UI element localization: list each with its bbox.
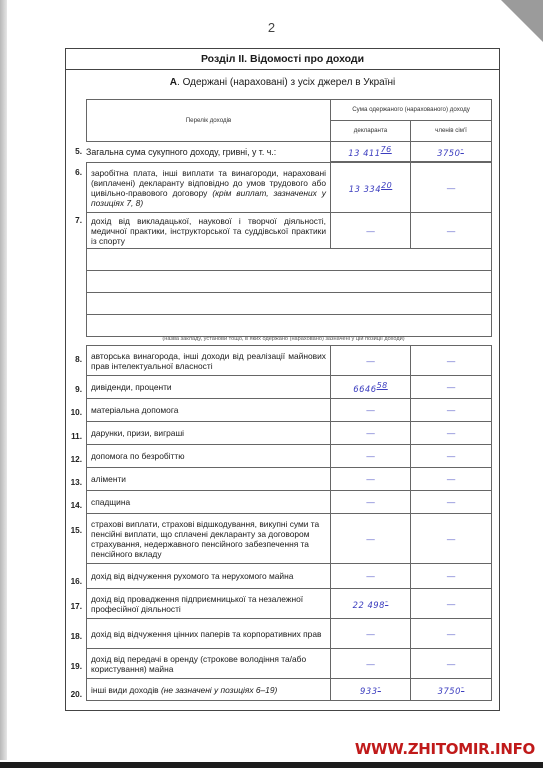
total-income-row: Загальна сума сукупного доходу, гривні, … <box>86 141 492 162</box>
row-number: 9. <box>64 385 82 394</box>
amount: 13 411 <box>348 148 380 158</box>
institution-blank-line <box>87 249 492 271</box>
row-label: дарунки, призи, виграші <box>87 422 331 445</box>
table-row: інші види доходів (не зазначені у позиці… <box>87 679 492 701</box>
row-label: інші види доходів (не зазначені у позиці… <box>87 679 331 701</box>
header-income-list: Перелік доходів <box>87 100 331 142</box>
row-label: дохід від відчуження цінних паперів та к… <box>87 619 331 649</box>
declarant-value: — <box>331 445 411 468</box>
scan-edge-shadow <box>0 0 7 760</box>
row-label: авторська винагорода, інші доходи від ре… <box>87 346 331 376</box>
cents: 58 <box>377 381 388 390</box>
declarant-value: 933- <box>331 679 411 701</box>
row-label: дохід від відчуження рухомого та нерухом… <box>87 564 331 589</box>
family-value: — <box>411 619 492 649</box>
row-label: матеріальна допомога <box>87 399 331 422</box>
row-label: дохід від провадження підприємницької та… <box>87 589 331 619</box>
row-number: 10. <box>64 408 82 417</box>
row-number: 20. <box>64 690 82 699</box>
header-declarant: декларанта <box>331 121 411 142</box>
cents: - <box>385 597 388 606</box>
declarant-value: — <box>331 619 411 649</box>
row-number: 17. <box>64 602 82 611</box>
cents: 20 <box>381 181 392 190</box>
cents: - <box>461 683 464 692</box>
declarant-value: 13 33420 <box>331 163 411 213</box>
cents: - <box>378 683 381 692</box>
income-table-part1: заробітна плата, інші виплати та винагор… <box>86 162 492 337</box>
section-title: Розділ II. Відомості про доходи <box>66 49 499 70</box>
row-number: 5. <box>64 147 82 156</box>
cents: - <box>460 145 463 154</box>
family-value: — <box>411 399 492 422</box>
table-row: аліменти — — <box>87 468 492 491</box>
declarant-value: — <box>331 491 411 514</box>
label-text: інші види доходів <box>91 685 159 695</box>
header-amount: Сума одержаного (нарахованого) доходу <box>331 100 492 121</box>
declarant-value: — <box>331 564 411 589</box>
amount: 3750 <box>437 148 460 158</box>
row-number: 18. <box>64 632 82 641</box>
cents: 76 <box>381 145 392 154</box>
declarant-value: — <box>331 514 411 564</box>
amount: 933 <box>360 686 378 696</box>
total-income-label: Загальна сума сукупного доходу, гривні, … <box>86 142 330 162</box>
declarant-value: — <box>331 649 411 679</box>
family-value: — <box>411 564 492 589</box>
scan-bottom-edge <box>0 762 543 768</box>
row-label: аліменти <box>87 468 331 491</box>
family-value: — <box>411 422 492 445</box>
page-number: 2 <box>0 20 543 35</box>
table-row: дохід від відчуження рухомого та нерухом… <box>87 564 492 589</box>
subsection-letter: А <box>170 77 177 88</box>
declarant-value: — <box>331 468 411 491</box>
table-row: дохід від провадження підприємницької та… <box>87 589 492 619</box>
row-label: допомога по безробіттю <box>87 445 331 468</box>
total-declarant-value: 13 41176 <box>330 142 410 162</box>
row-label: дохід від передачі в оренду (строкове во… <box>87 649 331 679</box>
family-value: — <box>411 468 492 491</box>
row-label: спадщина <box>87 491 331 514</box>
row-number: 8. <box>64 355 82 364</box>
amount: 3750 <box>438 686 461 696</box>
family-value: — <box>411 445 492 468</box>
table-row: дохід від викладацької, наукової і творч… <box>87 213 492 249</box>
table-row: дарунки, призи, виграші — — <box>87 422 492 445</box>
row-number: 12. <box>64 455 82 464</box>
declarant-value: — <box>331 213 411 249</box>
institution-caption: (назва закладу, установи тощо, в яких од… <box>66 336 501 342</box>
income-table-part2: авторська винагорода, інші доходи від ре… <box>86 345 492 701</box>
row-number: 11. <box>64 432 82 441</box>
family-value: — <box>411 376 492 399</box>
declarant-value: — <box>331 399 411 422</box>
subsection-text: . Одержані (нараховані) з усіх джерел в … <box>177 77 395 88</box>
table-row: страхові виплати, страхові відшкодування… <box>87 514 492 564</box>
row-number: 14. <box>64 501 82 510</box>
declarant-value: — <box>331 346 411 376</box>
family-value: — <box>411 346 492 376</box>
subsection-title: А. Одержані (нараховані) з усіх джерел в… <box>66 70 499 96</box>
family-value: — <box>411 491 492 514</box>
table-row: авторська винагорода, інші доходи від ре… <box>87 346 492 376</box>
row-number: 6. <box>64 168 82 177</box>
site-watermark: WWW.ZHITOMIR.INFO <box>355 740 535 758</box>
family-value: — <box>411 589 492 619</box>
family-value: — <box>411 649 492 679</box>
table-row: дивіденди, проценти 664658 — <box>87 376 492 399</box>
institution-blank-line <box>87 293 492 315</box>
label-note: (не зазначені у позиціях 6–19) <box>161 685 277 695</box>
row-number: 15. <box>64 526 82 535</box>
declarant-value: — <box>331 422 411 445</box>
row-number: 7. <box>64 216 82 225</box>
row-number: 13. <box>64 478 82 487</box>
total-family-value: 3750- <box>410 142 491 162</box>
family-value: — <box>411 514 492 564</box>
row-label: дивіденди, проценти <box>87 376 331 399</box>
table-row: спадщина — — <box>87 491 492 514</box>
income-section-frame: Розділ II. Відомості про доходи А. Одерж… <box>65 48 500 711</box>
row-label: заробітна плата, інші виплати та винагор… <box>87 163 331 213</box>
amount: 22 498 <box>353 600 385 610</box>
table-row: заробітна плата, інші виплати та винагор… <box>87 163 492 213</box>
header-family: членів сім'ї <box>411 121 492 142</box>
row-number: 19. <box>64 662 82 671</box>
row-label: дохід від викладацької, наукової і творч… <box>87 213 331 249</box>
amount: 13 334 <box>349 184 381 194</box>
declarant-value: 664658 <box>331 376 411 399</box>
table-row: дохід від передачі в оренду (строкове во… <box>87 649 492 679</box>
declarant-value: 22 498- <box>331 589 411 619</box>
table-row: матеріальна допомога — — <box>87 399 492 422</box>
row-label: страхові виплати, страхові відшкодування… <box>87 514 331 564</box>
family-value: — <box>411 213 492 249</box>
table-row: дохід від відчуження цінних паперів та к… <box>87 619 492 649</box>
amount: 6646 <box>353 383 376 393</box>
row-number: 16. <box>64 577 82 586</box>
family-value: — <box>411 163 492 213</box>
institution-blank-line <box>87 271 492 293</box>
family-value: 3750- <box>411 679 492 701</box>
income-table-header: Перелік доходів Сума одержаного (нарахов… <box>86 99 492 142</box>
institution-blank-line <box>87 315 492 337</box>
table-row: допомога по безробіттю — — <box>87 445 492 468</box>
